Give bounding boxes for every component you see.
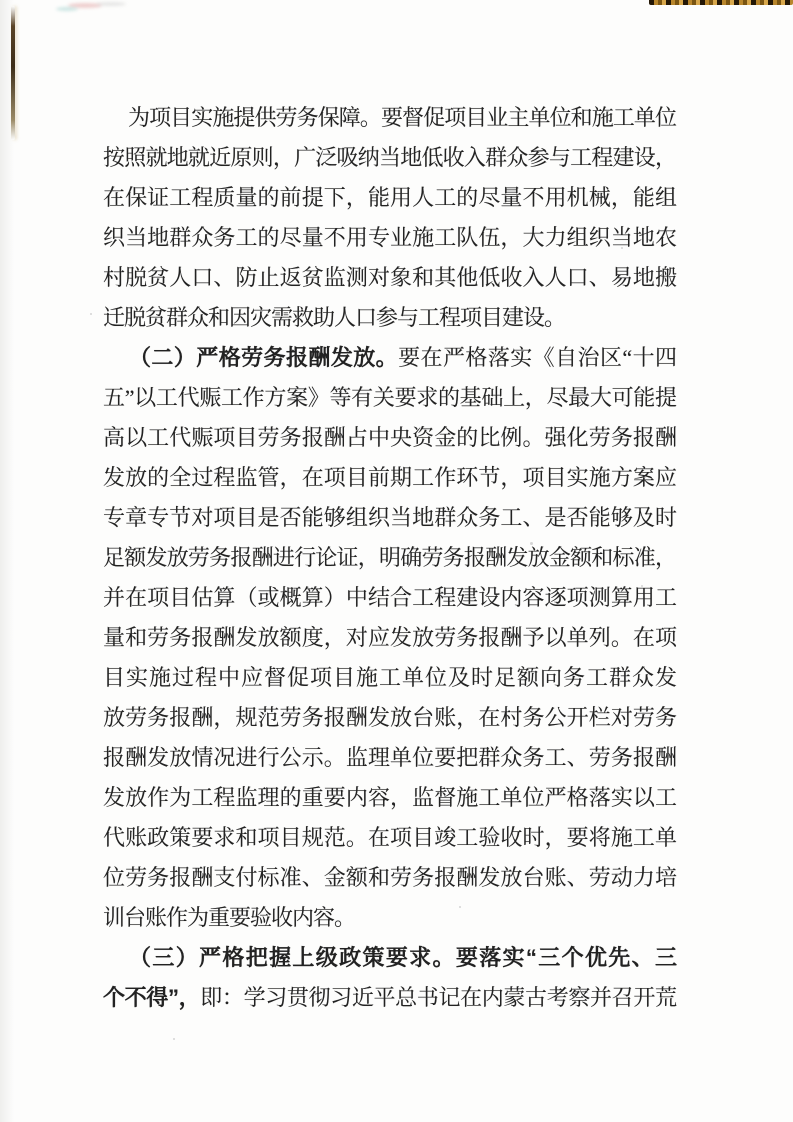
text-line: （二）严格劳务报酬发放。要在严格落实《自治区“十四 [103, 338, 676, 378]
scan-left-edge-shadow [0, 0, 14, 1122]
text-line: 专章专节对项目是否能够组织当地群众务工、是否能够及时 [103, 498, 676, 538]
text-line: 迁脱贫群众和因灾需救助人口参与工程项目建设。 [103, 298, 676, 338]
text-line: 发放作为工程监理的重要内容，监督施工单位严格落实以工 [103, 778, 676, 818]
text-line: 位劳务报酬支付标准、金额和劳务报酬发放台账、劳动力培 [103, 858, 676, 898]
text-line: 并在项目估算（或概算）中结合工程建设内容逐项测算用工 [103, 578, 676, 618]
scan-smudge-gray [96, 2, 126, 6]
text-line: 为项目实施提供劳务保障。要督促项目业主单位和施工单位 [103, 98, 676, 138]
text-segment: 足额发放劳务报酬进行论证，明确劳务报酬发放金额和标准， [103, 545, 676, 570]
text-segment: 为项目实施提供劳务保障。要督促项目业主单位和施工单位 [128, 105, 676, 130]
text-segment: 村脱贫人口、防止返贫监测对象和其他低收入人口、易地搬 [103, 265, 676, 290]
text-line: 发放的全过程监管，在项目前期工作环节，项目实施方案应 [103, 458, 676, 498]
text-segment: 并在项目估算（或概算）中结合工程建设内容逐项测算用工 [103, 585, 676, 610]
text-segment: 位劳务报酬支付标准、金额和劳务报酬发放台账、劳动力培 [103, 865, 676, 890]
text-segment: 发放的全过程监管，在项目前期工作环节，项目实施方案应 [103, 465, 676, 490]
text-line: 村脱贫人口、防止返贫监测对象和其他低收入人口、易地搬 [103, 258, 676, 298]
text-line: 五”以工代赈工作方案》等有关要求的基础上，尽最大可能提 [103, 378, 676, 418]
text-segment: 迁脱贫群众和因灾需救助人口参与工程项目建设。 [103, 305, 565, 330]
text-line: 代账政策要求和项目规范。在项目竣工验收时，要将施工单 [103, 818, 676, 858]
text-segment: 训台账作为重要验收内容。 [103, 905, 355, 930]
text-segment: 专章专节对项目是否能够组织当地群众务工、是否能够及时 [103, 505, 676, 530]
scan-left-edge-line [11, 6, 15, 140]
text-line: 按照就地就近原则，广泛吸纳当地低收入群众参与工程建设， [103, 138, 676, 178]
bold-text-segment: （三）严格把握上级政策要求。要落实“三个优先、三 [129, 945, 676, 970]
text-segment: 放劳务报酬，规范劳务报酬发放台账，在村务公开栏对劳务 [103, 705, 676, 730]
text-line: 放劳务报酬，规范劳务报酬发放台账，在村务公开栏对劳务 [103, 698, 676, 738]
scan-smudge-teal [56, 7, 78, 11]
scanned-document-page: { "page": { "paper_color": "#fdfdfc", "t… [0, 0, 793, 1122]
text-line: 高以工代赈项目劳务报酬占中央资金的比例。强化劳务报酬 [103, 418, 676, 458]
text-segment: 报酬发放情况进行公示。监理单位要把群众务工、劳务报酬 [103, 745, 676, 770]
text-segment: 按照就地就近原则，广泛吸纳当地低收入群众参与工程建设， [103, 145, 676, 170]
document-text: 为项目实施提供劳务保障。要督促项目业主单位和施工单位按照就地就近原则，广泛吸纳当… [103, 98, 676, 1018]
text-segment: 织当地群众务工的尽量不用专业施工队伍，大力组织当地农 [103, 225, 676, 250]
text-line: 足额发放劳务报酬进行论证，明确劳务报酬发放金额和标准， [103, 538, 676, 578]
scan-top-edge-artifact [649, 0, 793, 5]
text-segment: 高以工代赈项目劳务报酬占中央资金的比例。强化劳务报酬 [103, 425, 676, 450]
text-segment: 要在严格落实《自治区“十四 [398, 345, 676, 370]
text-segment: 代账政策要求和项目规范。在项目竣工验收时，要将施工单 [103, 825, 676, 850]
noise-speck [173, 1038, 175, 1040]
text-segment: 即：学习贯彻习近平总书记在内蒙古考察并召开荒 [200, 985, 676, 1010]
bold-text-segment: （二）严格劳务报酬发放。 [129, 345, 398, 370]
bold-text-segment: 个不得”， [103, 985, 200, 1010]
text-line: 量和劳务报酬发放额度，对应发放劳务报酬予以单列。在项 [103, 618, 676, 658]
text-line: 报酬发放情况进行公示。监理单位要把群众务工、劳务报酬 [103, 738, 676, 778]
text-segment: 目实施过程中应督促项目施工单位及时足额向务工群众发 [103, 665, 676, 690]
text-line: 在保证工程质量的前提下，能用人工的尽量不用机械，能组 [103, 178, 676, 218]
text-segment: 在保证工程质量的前提下，能用人工的尽量不用机械，能组 [103, 185, 676, 210]
text-segment: 发放作为工程监理的重要内容，监督施工单位严格落实以工 [103, 785, 676, 810]
text-segment: 五”以工代赈工作方案》等有关要求的基础上，尽最大可能提 [103, 385, 676, 410]
text-segment: 量和劳务报酬发放额度，对应发放劳务报酬予以单列。在项 [103, 625, 676, 650]
text-line: （三）严格把握上级政策要求。要落实“三个优先、三 [103, 938, 676, 978]
text-line: 个不得”，即：学习贯彻习近平总书记在内蒙古考察并召开荒 [103, 978, 676, 1018]
text-line: 目实施过程中应督促项目施工单位及时足额向务工群众发 [103, 658, 676, 698]
text-line: 训台账作为重要验收内容。 [103, 898, 676, 938]
text-line: 织当地群众务工的尽量不用专业施工队伍，大力组织当地农 [103, 218, 676, 258]
noise-speck [90, 313, 92, 315]
